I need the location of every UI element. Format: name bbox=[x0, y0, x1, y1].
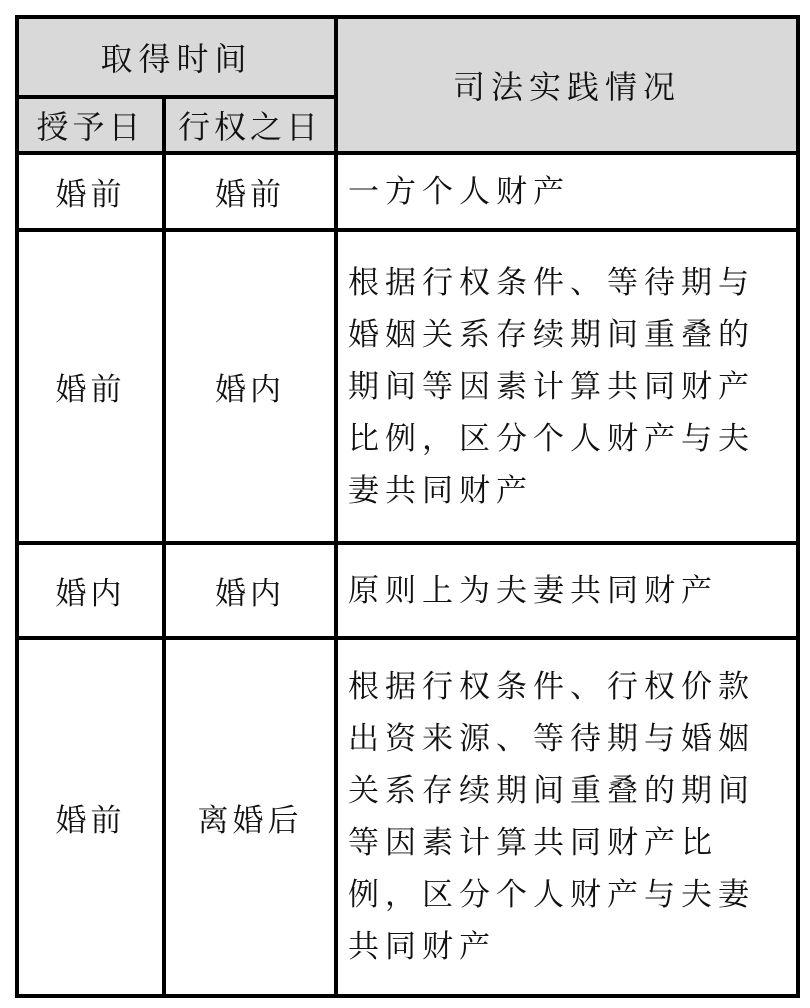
header-grant-date: 授予日 bbox=[17, 97, 164, 153]
cell-exercise-date: 离婚后 bbox=[164, 638, 336, 996]
cell-exercise-date: 婚内 bbox=[164, 230, 336, 543]
cell-exercise-date: 婚前 bbox=[164, 153, 336, 230]
cell-exercise-date: 婚内 bbox=[164, 543, 336, 638]
stock-option-property-table: 取得时间 司法实践情况 授予日 行权之日 婚前 婚前 一方个人财产 婚前 婚内 … bbox=[15, 15, 800, 998]
cell-practice: 一方个人财产 bbox=[336, 153, 798, 230]
table-row: 婚前 离婚后 根据行权条件、行权价款出资来源、等待期与婚姻关系存续期间重叠的期间… bbox=[17, 638, 798, 996]
table-row: 婚前 婚内 根据行权条件、等待期与婚姻关系存续期间重叠的期间等因素计算共同财产比… bbox=[17, 230, 798, 543]
table-row: 婚前 婚前 一方个人财产 bbox=[17, 153, 798, 230]
header-exercise-date: 行权之日 bbox=[164, 97, 336, 153]
table-row: 婚内 婚内 原则上为夫妻共同财产 bbox=[17, 543, 798, 638]
header-acquisition-time: 取得时间 bbox=[17, 17, 336, 97]
cell-grant-date: 婚前 bbox=[17, 638, 164, 996]
cell-grant-date: 婚内 bbox=[17, 543, 164, 638]
cell-grant-date: 婚前 bbox=[17, 230, 164, 543]
header-judicial-practice: 司法实践情况 bbox=[336, 17, 798, 153]
cell-grant-date: 婚前 bbox=[17, 153, 164, 230]
cell-practice: 根据行权条件、行权价款出资来源、等待期与婚姻关系存续期间重叠的期间等因素计算共同… bbox=[336, 638, 798, 996]
cell-practice: 根据行权条件、等待期与婚姻关系存续期间重叠的期间等因素计算共同财产比例，区分个人… bbox=[336, 230, 798, 543]
cell-practice: 原则上为夫妻共同财产 bbox=[336, 543, 798, 638]
